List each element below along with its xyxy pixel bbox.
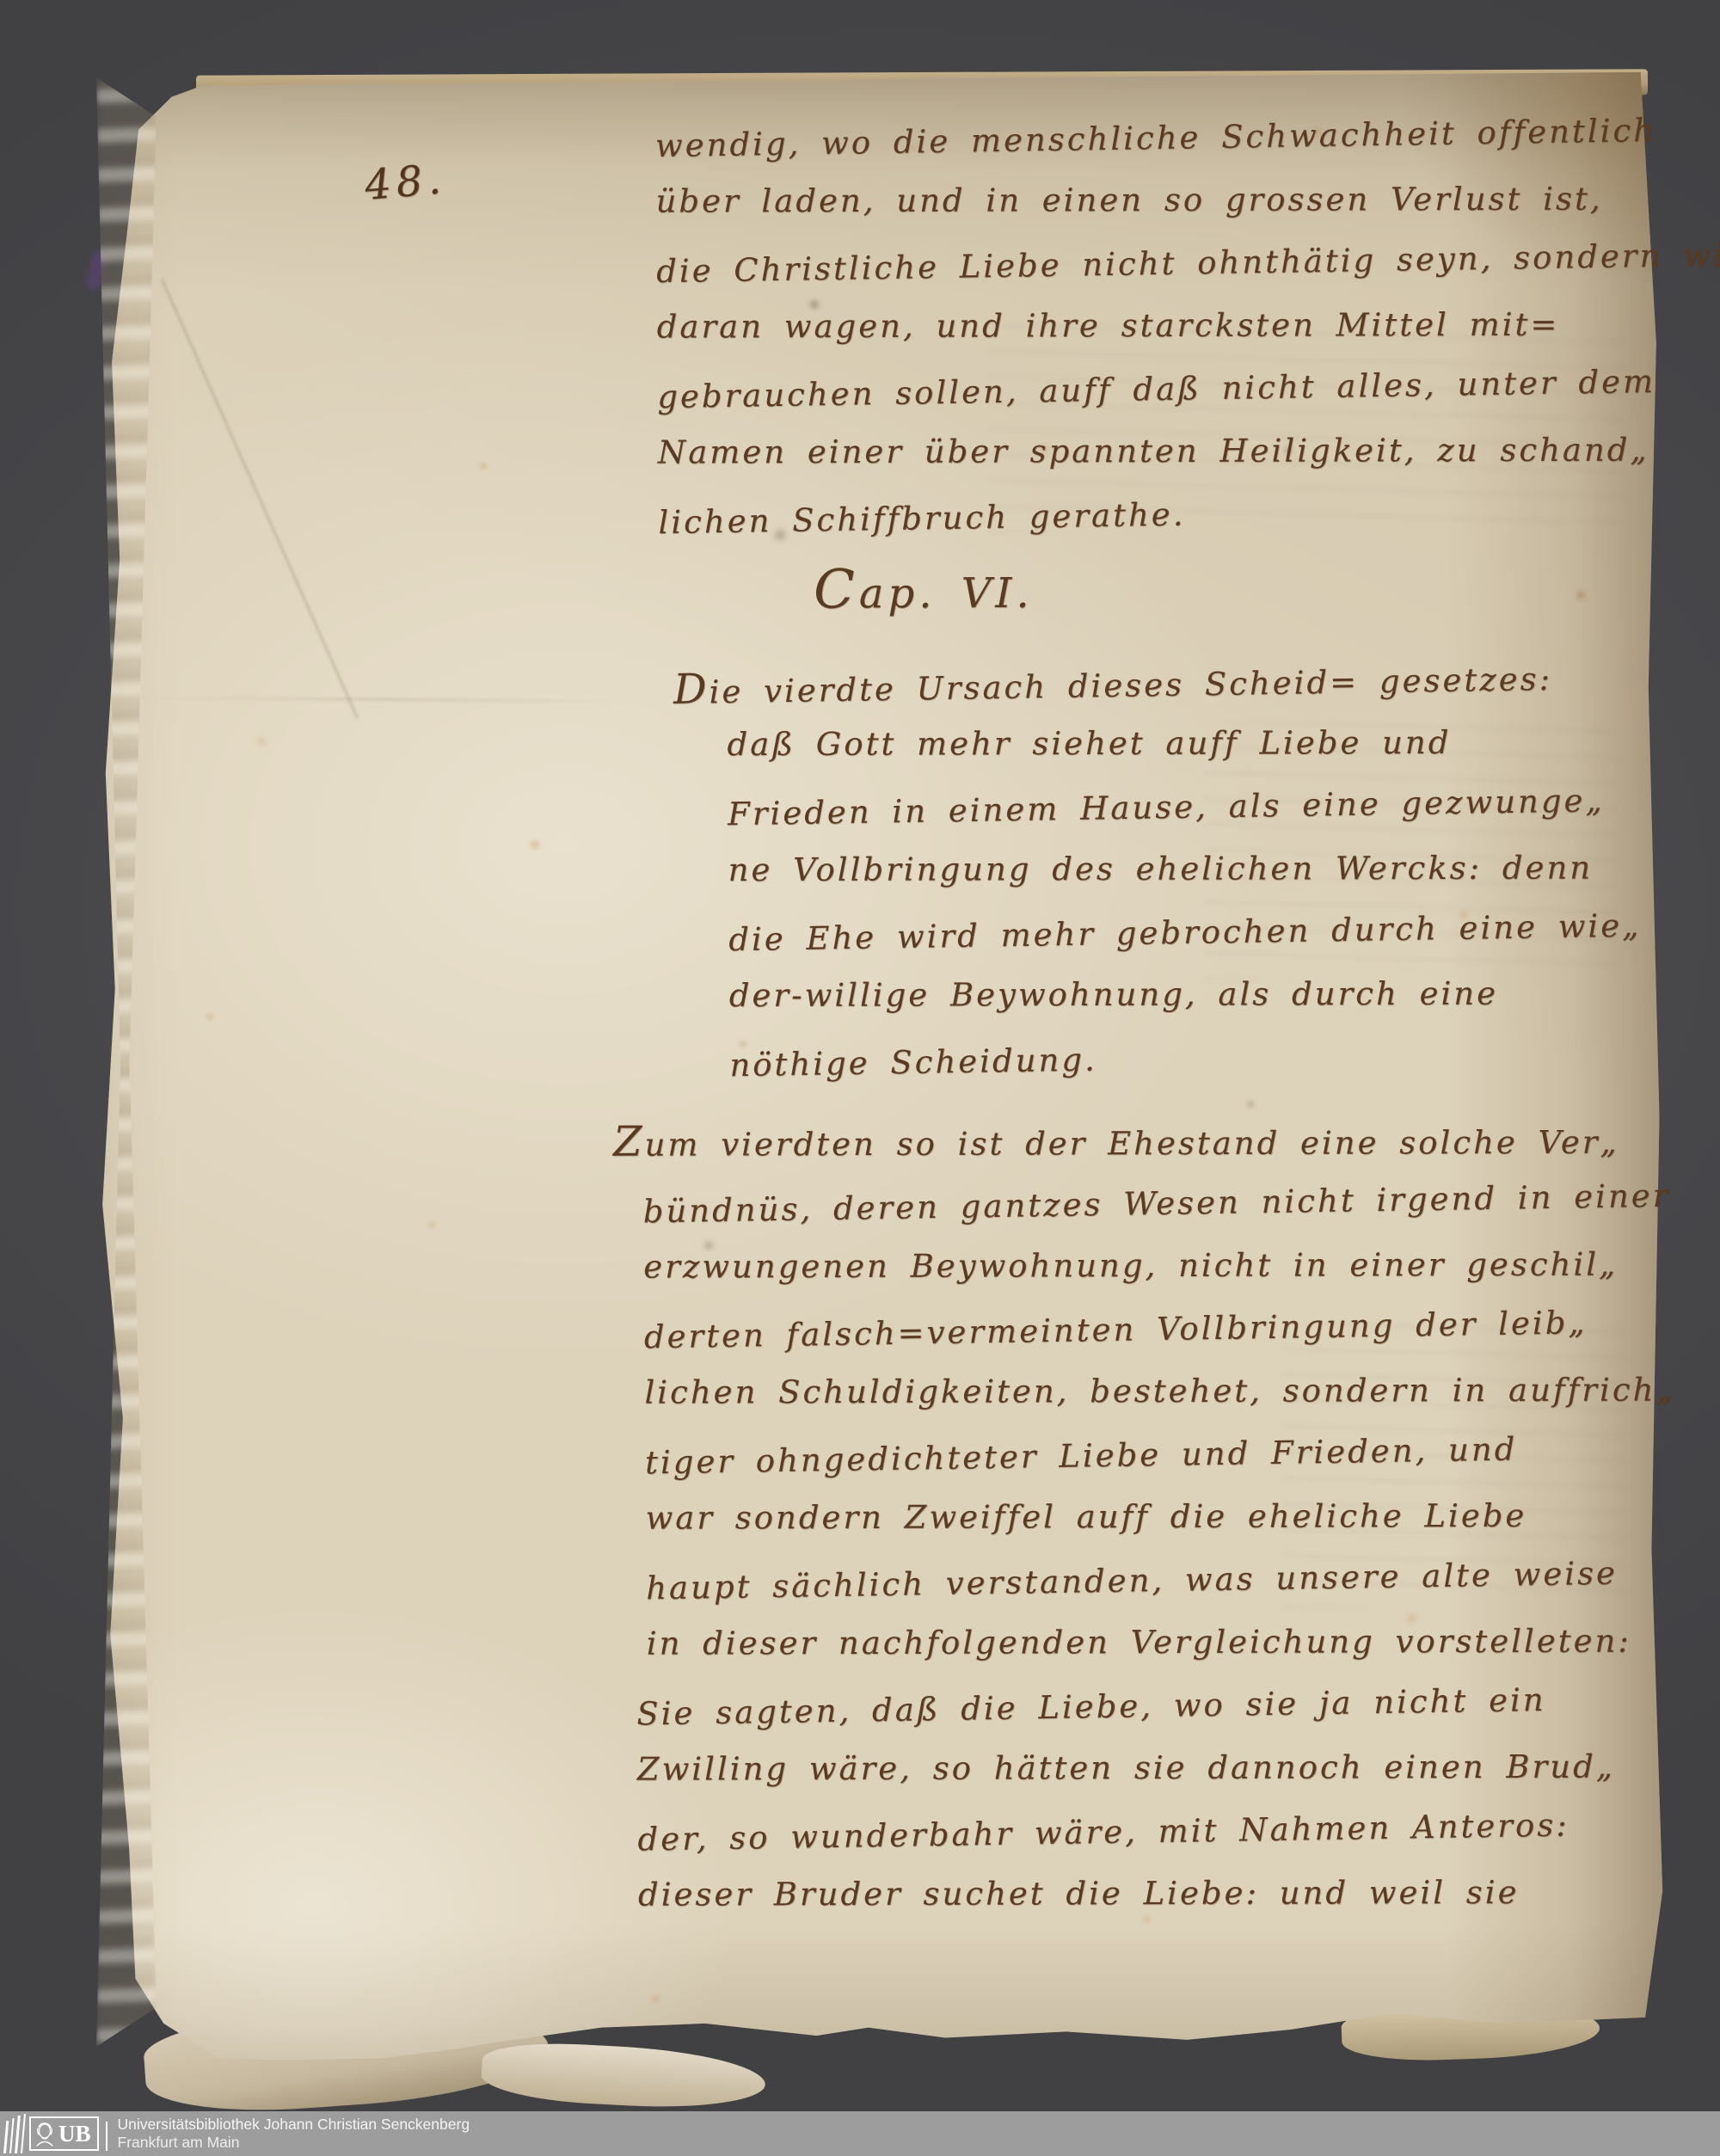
manuscript-line: gebrauchen sollen, auff daß nicht alles,… <box>657 354 1664 433</box>
library-name-block: Universitätsbibliothek Johann Christian … <box>118 2116 470 2152</box>
manuscript-line: Sie sagten, daß die Liebe, wo sie ja nic… <box>636 1671 1674 1750</box>
ub-logo-box: UB <box>29 2116 99 2151</box>
manuscript-line: daß Gott mehr siehet auff Liebe und <box>727 715 1666 780</box>
foxing-spots <box>0 0 3 3</box>
manuscript-line: haupt sächlich verstanden, was unsere al… <box>646 1545 1674 1625</box>
manuscript-line: lichen Schiffbruch gerathe. <box>658 480 1665 558</box>
manuscript-line: lichen Schuldigkeiten, bestehet, sondern… <box>644 1362 1671 1428</box>
manuscript-line: in dieser nachfolgenden Vergleichung vor… <box>647 1613 1674 1679</box>
manuscript-line: erzwungenen Beywohnung, nicht in einer g… <box>643 1237 1670 1302</box>
manuscript-line: derten falsch=vermeinten Vollbringung de… <box>643 1294 1671 1373</box>
manuscript-line: nöthige Scheidung. <box>729 1023 1669 1101</box>
manuscript-line: Namen einer über spannten Heiligkeit, zu… <box>658 422 1664 488</box>
manuscript-line: war sondern Zweiffel auff die eheliche L… <box>645 1488 1672 1553</box>
manuscript-line: Zwilling wäre, so hätten sie dannoch ein… <box>637 1739 1674 1804</box>
library-name: Universitätsbibliothek Johann Christian … <box>118 2116 470 2134</box>
page-number: 48. <box>363 155 448 210</box>
manuscript-line: dieser Bruder suchet die Liebe: und weil… <box>638 1864 1675 1930</box>
manuscript-line: ne Vollbringung des ehelichen Wercks: de… <box>728 840 1668 906</box>
manuscript-line: die Christliche Liebe nicht ohnthätig se… <box>656 229 1663 307</box>
ub-logo-acronym: UB <box>58 2121 91 2147</box>
manuscript-line: über laden, und in einen so grossen Verl… <box>655 171 1662 236</box>
manuscript-line: Die vierdte Ursach dieses Scheid= gesetz… <box>673 647 1666 725</box>
manuscript-line: Zum vierdten so ist der Ehestand eine so… <box>613 1112 1669 1177</box>
manuscript-line: Frieden in einem Hause, als eine gezwung… <box>728 772 1668 850</box>
library-city: Frankfurt am Main <box>118 2134 470 2152</box>
manuscript-line: tiger ohngedichteter Liebe und Frieden, … <box>645 1420 1673 1499</box>
ub-logo: UB <box>5 2114 107 2153</box>
manuscript-text: wendig, wo die menschliche Schwachheit o… <box>647 106 1676 1932</box>
manuscript-scan-photo: 48. wendig, wo die menschliche Schwachhe… <box>0 0 1720 2156</box>
portrait-icon <box>34 2120 55 2147</box>
manuscript-line: daran wagen, und ihre starcksten Mittel … <box>657 297 1663 362</box>
curled-bottom-edge <box>480 2039 766 2112</box>
book-spines-icon <box>3 2114 26 2153</box>
manuscript-line: der-willige Beywohnung, als durch eine <box>729 966 1668 1031</box>
manuscript-line: der, so wunderbahr wäre, mit Nahmen Ante… <box>637 1797 1675 1876</box>
logo-divider <box>106 2122 107 2151</box>
chapter-heading: Cap. VI. <box>814 560 1665 631</box>
manuscript-line: die Ehe wird mehr gebrochen durch eine w… <box>728 898 1668 975</box>
manuscript-line: wendig, wo die menschliche Schwachheit o… <box>654 103 1662 181</box>
library-footer-bar: UB Universitätsbibliothek Johann Christi… <box>0 2111 1720 2156</box>
manuscript-line: bündnüs, deren gantzes Wesen nicht irgen… <box>642 1169 1670 1248</box>
